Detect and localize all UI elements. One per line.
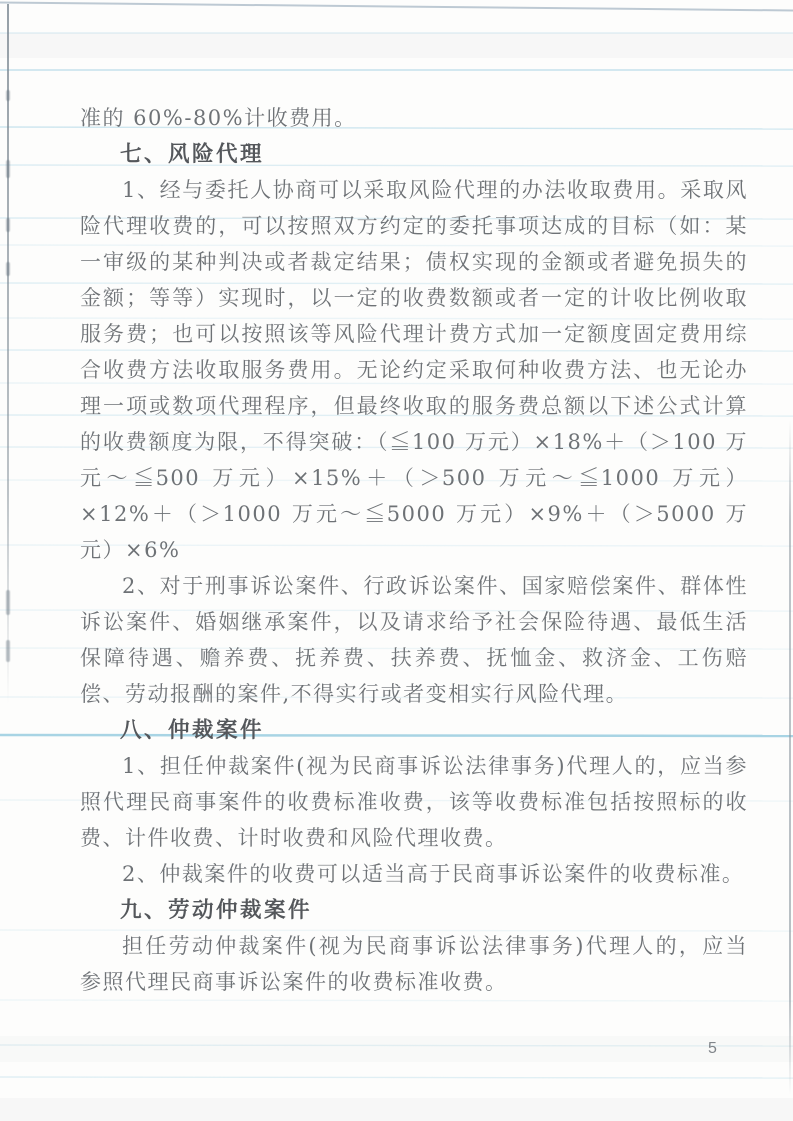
edge-smudge bbox=[6, 160, 10, 178]
section-heading-risk-agency: 七、风险代理 bbox=[80, 136, 748, 172]
edge-smudge bbox=[6, 218, 10, 232]
scan-shadow-band bbox=[0, 1036, 793, 1062]
document-body: 准的 60%-80%计收费用。 七、风险代理 1、经与委托人协商可以采取风险代理… bbox=[80, 0, 748, 1000]
edge-smudge bbox=[6, 590, 10, 615]
paragraph-risk-agency-1: 1、经与委托人协商可以采取风险代理的办法收取费用。采取风险代理收费的，可以按照双… bbox=[80, 172, 748, 568]
edge-smudge bbox=[6, 90, 10, 101]
paragraph-arbitration-1: 1、担任仲裁案件(视为民商事诉讼法律事务)代理人的，应当参照代理民商事案件的收费… bbox=[80, 748, 748, 856]
right-edge-line bbox=[789, 420, 791, 1095]
edge-smudge bbox=[6, 262, 10, 276]
paragraph-labor-arbitration-1: 担任劳动仲裁案件(视为民商事诉讼法律事务)代理人的，应当参照代理民商事诉讼案件的… bbox=[80, 928, 748, 1000]
paragraph-risk-agency-2: 2、对于刑事诉讼案件、行政诉讼案件、国家赔偿案件、群体性诉讼案件、婚姻继承案件，… bbox=[80, 568, 748, 712]
continuation-line: 准的 60%-80%计收费用。 bbox=[80, 100, 748, 136]
paragraph-arbitration-2: 2、仲裁案件的收费可以适当高于民商事诉讼案件的收费标准。 bbox=[80, 856, 748, 892]
left-edge-line bbox=[7, 4, 9, 704]
section-heading-labor-arbitration: 九、劳动仲裁案件 bbox=[80, 892, 748, 928]
scanned-document-page: 准的 60%-80%计收费用。 七、风险代理 1、经与委托人协商可以采取风险代理… bbox=[0, 0, 793, 1121]
edge-smudge bbox=[6, 640, 10, 662]
scan-shadow-band bbox=[0, 1098, 793, 1121]
page-number: 5 bbox=[708, 1040, 717, 1058]
section-heading-arbitration: 八、仲裁案件 bbox=[80, 712, 748, 748]
